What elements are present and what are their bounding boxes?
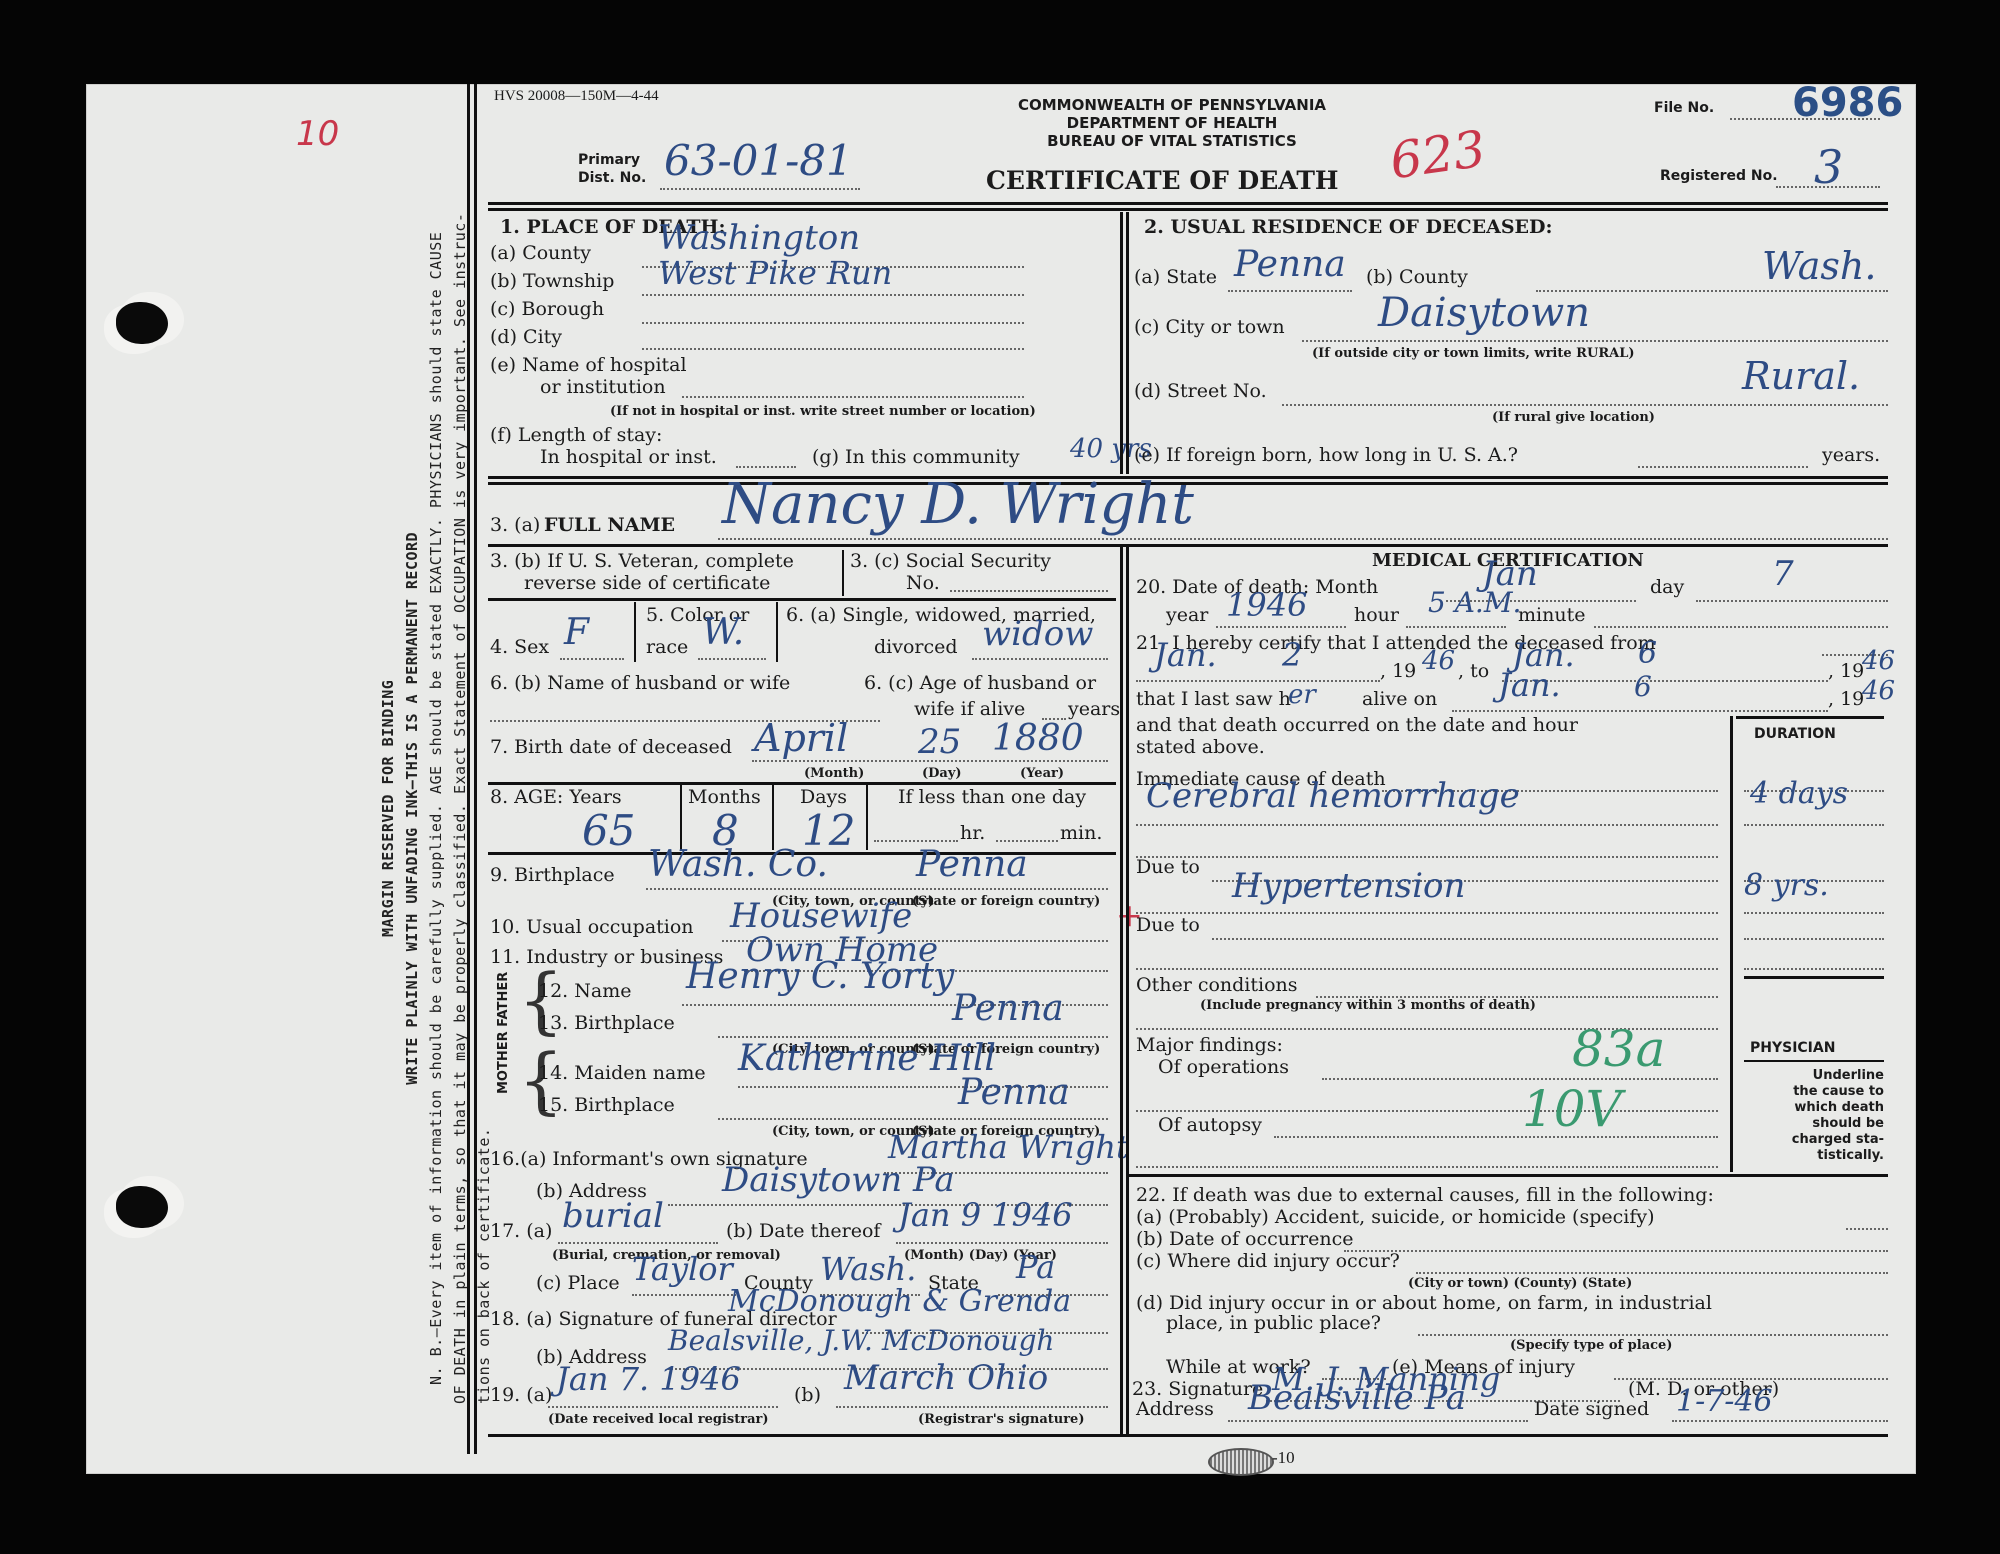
age-years-value: 65 bbox=[582, 806, 635, 855]
residence-street-value: Rural. bbox=[1742, 354, 1860, 398]
residence-county-value: Wash. bbox=[1762, 244, 1876, 288]
physician-address-value: Bealsville Pa bbox=[1248, 1378, 1466, 1418]
birthplace-city-value: Wash. Co. bbox=[648, 844, 828, 885]
duration-1-value: 4 days bbox=[1750, 776, 1848, 811]
death-township-value: West Pike Run bbox=[658, 254, 892, 292]
burial-date-value: Jan 9 1946 bbox=[898, 1196, 1073, 1234]
union-printer-seal-icon bbox=[1208, 1448, 1274, 1476]
pronoun-value: er bbox=[1288, 680, 1316, 710]
birth-month-value: April bbox=[754, 716, 848, 760]
death-year-value: 1946 bbox=[1226, 586, 1307, 624]
birth-year-value: 1880 bbox=[992, 718, 1084, 759]
printer-code: -10 bbox=[1272, 1448, 1295, 1468]
form-code: HVS 20008—150M—4-44 bbox=[494, 88, 659, 105]
attended-from-day-value: 2 bbox=[1282, 636, 1302, 674]
death-certificate-page: 10 MARGIN RESERVED FOR BINDING WRITE PLA… bbox=[86, 84, 1916, 1474]
residence-heading: 2. USUAL RESIDENCE OF DECEASED: bbox=[1144, 216, 1553, 238]
duration-physician-box bbox=[1730, 716, 1733, 1172]
funeral-director-address-value: Bealsville, J.W. McDonough bbox=[668, 1324, 1054, 1357]
registrar-signature-value: March Ohio bbox=[844, 1358, 1048, 1398]
full-name-value: Nancy D. Wright bbox=[722, 472, 1194, 537]
certificate-form: HVS 20008—150M—4-44 COMMONWEALTH OF PENN… bbox=[482, 84, 1892, 1474]
statistical-code-2: 10V bbox=[1522, 1080, 1622, 1138]
disposition-value: burial bbox=[562, 1196, 664, 1236]
statistical-code-1: 83a bbox=[1572, 1020, 1665, 1078]
attended-to-day-value: 6 bbox=[1638, 636, 1657, 671]
binding-instructions: MARGIN RESERVED FOR BINDING WRITE PLAINL… bbox=[376, 213, 496, 1404]
file-number-value: 6986 bbox=[1792, 80, 1903, 126]
duration-2-value: 8 yrs. bbox=[1744, 868, 1829, 903]
last-seen-day-value: 6 bbox=[1634, 670, 1652, 703]
registered-number-label: Registered No. bbox=[1660, 168, 1778, 184]
binding-rule bbox=[467, 84, 477, 1454]
primary-label: Primary bbox=[578, 152, 640, 168]
last-seen-month-value: Jan. bbox=[1498, 666, 1561, 704]
mother-birthplace-value: Penna bbox=[958, 1072, 1070, 1113]
age-years-label: 8. AGE: Years bbox=[490, 786, 622, 808]
residence-state-value: Penna bbox=[1234, 244, 1346, 285]
date-signed-value: 1-7-46 bbox=[1676, 1384, 1773, 1419]
agency-heading: COMMONWEALTH OF PENNSYLVANIA DEPARTMENT … bbox=[982, 96, 1362, 150]
funeral-director-signature-value: McDonough & Grenda bbox=[728, 1284, 1071, 1319]
attended-to-year-value: 46 bbox=[1862, 646, 1895, 676]
binding-hole-bottom bbox=[116, 1186, 168, 1228]
informant-address-value: Daisytown Pa bbox=[722, 1160, 955, 1200]
due-to-cause-value: Hypertension bbox=[1232, 866, 1465, 906]
physician-heading: PHYSICIAN bbox=[1750, 1040, 1835, 1056]
external-causes-heading: 22. If death was due to external causes,… bbox=[1136, 1184, 1714, 1206]
birth-day-value: 25 bbox=[918, 722, 961, 762]
dist-number-value: 63-01-81 bbox=[664, 136, 853, 185]
duration-heading: DURATION bbox=[1754, 726, 1836, 742]
binding-margin: 10 MARGIN RESERVED FOR BINDING WRITE PLA… bbox=[86, 84, 472, 1474]
full-name-label: FULL NAME bbox=[544, 514, 675, 536]
death-county-value: Washington bbox=[658, 218, 860, 258]
birthplace-state-value: Penna bbox=[916, 844, 1028, 885]
file-number-label: File No. bbox=[1654, 100, 1714, 116]
physician-note: Underline the cause to which death shoul… bbox=[1744, 1068, 1884, 1164]
registered-number-value: 3 bbox=[1814, 140, 1843, 194]
race-value: W. bbox=[702, 612, 744, 653]
parents-side-label: MOTHER FATHER bbox=[496, 972, 511, 1094]
death-hour-value: 5 A.M. bbox=[1428, 586, 1521, 619]
dist-label: Dist. No. bbox=[578, 170, 646, 186]
attended-from-month-value: Jan. bbox=[1154, 636, 1217, 674]
red-page-number: 10 bbox=[296, 114, 339, 154]
red-ledger-number: 623 bbox=[1386, 120, 1489, 191]
father-birthplace-value: Penna bbox=[952, 988, 1064, 1029]
father-name-value: Henry C. Yorty bbox=[686, 956, 954, 997]
burial-state-value: Pa bbox=[1016, 1248, 1055, 1286]
residence-city-value: Daisytown bbox=[1378, 290, 1590, 336]
marital-status-value: widow bbox=[982, 614, 1093, 654]
last-seen-year-value: 46 bbox=[1862, 676, 1895, 706]
registrar-date-value: Jan 7. 1946 bbox=[556, 1360, 741, 1398]
burial-place-value: Taylor bbox=[632, 1250, 733, 1288]
attended-from-year-value: 46 bbox=[1422, 646, 1455, 676]
sex-value: F bbox=[564, 612, 589, 653]
binding-hole-top bbox=[116, 302, 168, 344]
certificate-title: CERTIFICATE OF DEATH bbox=[986, 166, 1339, 195]
burial-county-value: Wash. bbox=[820, 1250, 916, 1288]
death-day-value: 7 bbox=[1772, 554, 1794, 594]
immediate-cause-value: Cerebral hemorrhage bbox=[1146, 776, 1520, 816]
